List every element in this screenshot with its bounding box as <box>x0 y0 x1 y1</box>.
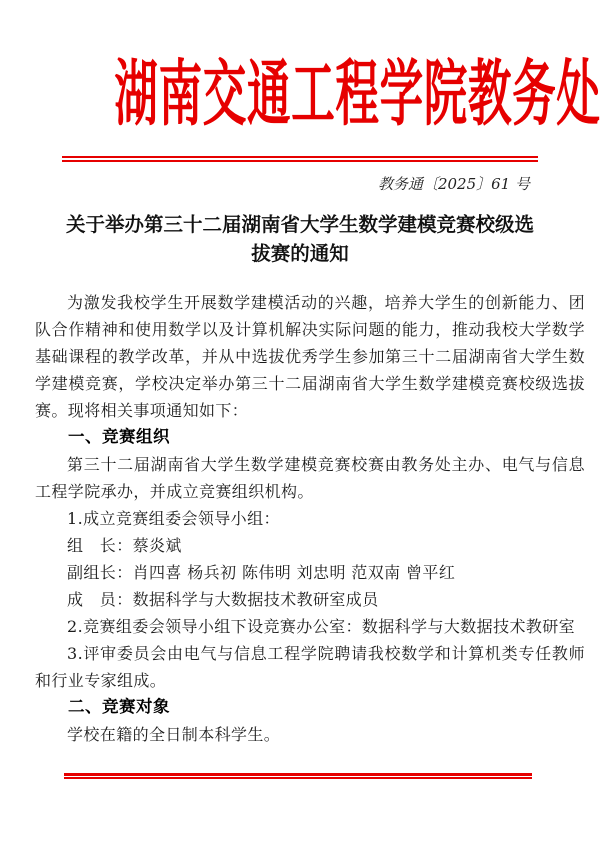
section-1-heading: 一、竞赛组织 <box>35 424 585 451</box>
intro-paragraph: 为激发我校学生开展数学建模活动的兴趣，培养大学生的创新能力、团队合作精神和使用数… <box>35 289 585 424</box>
footer-double-rule <box>64 773 532 779</box>
section-1-line-deputy-leaders: 副组长：肖四喜 杨兵初 陈伟明 刘忠明 范双南 曾平红 <box>35 559 585 586</box>
section-2-paragraph-eligibility: 学校在籍的全日制本科学生。 <box>35 721 585 748</box>
document-page: 湖南交通工程学院教务处 教务通〔2025〕61 号 关于举办第三十二届湖南省大学… <box>0 0 600 848</box>
section-1-paragraph-overview: 第三十二届湖南省大学生数学建模竞赛校赛由教务处主办、电气与信息工程学院承办，并成… <box>35 451 585 505</box>
section-2-heading: 二、竞赛对象 <box>35 694 585 721</box>
section-1-item-office: 2.竞赛组委会领导小组下设竞赛办公室：数据科学与大数据技术教研室 <box>35 613 585 640</box>
section-1-item-review-committee: 3.评审委员会由电气与信息工程学院聘请我校数学和计算机类专任教师和行业专家组成。 <box>35 640 585 694</box>
document-body: 为激发我校学生开展数学建模活动的兴趣，培养大学生的创新能力、团队合作精神和使用数… <box>35 289 585 748</box>
section-1-line-group-leader: 组 长：蔡炎斌 <box>35 532 585 559</box>
document-title: 关于举办第三十二届湖南省大学生数学建模竞赛校级选拔赛的通知 <box>61 211 539 269</box>
department-banner-row: 湖南交通工程学院教务处 <box>0 56 600 148</box>
document-number: 教务通〔2025〕61 号 <box>0 174 600 194</box>
department-banner-title: 湖南交通工程学院教务处 <box>114 51 600 138</box>
section-1-line-members: 成 员：数据科学与大数据技术教研室成员 <box>35 586 585 613</box>
header-double-rule <box>62 156 538 162</box>
section-1-item-leading-group: 1.成立竞赛组委会领导小组： <box>35 505 585 532</box>
